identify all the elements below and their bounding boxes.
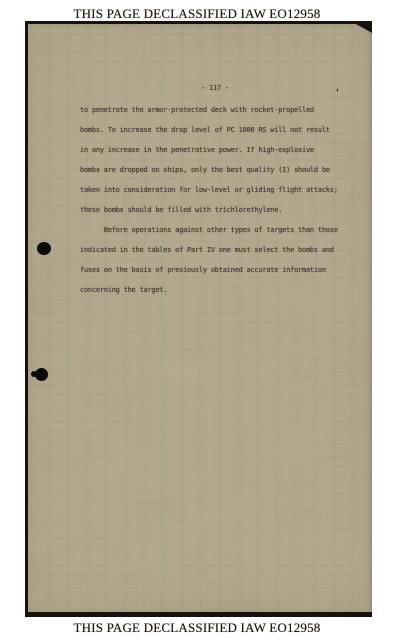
typed-line: fuses on the basis of previously obtaine… — [80, 260, 350, 280]
typed-line: in any increase in the penetrative power… — [80, 140, 350, 160]
page-number: - 117 - — [80, 82, 350, 94]
typed-line: bombs are dropped on ships, only the bes… — [80, 160, 350, 180]
hole-punch-bottom — [35, 368, 48, 381]
typed-line: taken into consideration for low-level o… — [80, 180, 350, 200]
screenshot-root: THIS PAGE DECLASSIFIED IAW EO12958 ' - 1… — [0, 0, 394, 640]
typed-line: concerning the target. — [80, 280, 350, 300]
typed-line: indicated in the tables of Part IV one m… — [80, 240, 350, 260]
typed-text-block: - 117 - to penetrate the armor-protected… — [80, 82, 350, 300]
declassification-banner-bottom: THIS PAGE DECLASSIFIED IAW EO12958 — [0, 620, 394, 636]
typed-line: Before operations against other types of… — [80, 220, 350, 240]
hole-punch-top — [37, 242, 51, 255]
typed-line: bombs. To increase the drop level of PC … — [80, 120, 350, 140]
typed-line: to penetrate the armor-protected deck wi… — [80, 100, 350, 120]
scanned-page: ' - 117 - to penetrate the armor-protect… — [25, 21, 372, 617]
declassification-banner-top: THIS PAGE DECLASSIFIED IAW EO12958 — [0, 6, 394, 22]
page-frame-corner-wedge — [356, 24, 372, 33]
typed-line: these bombs should be filled with trichl… — [80, 200, 350, 220]
